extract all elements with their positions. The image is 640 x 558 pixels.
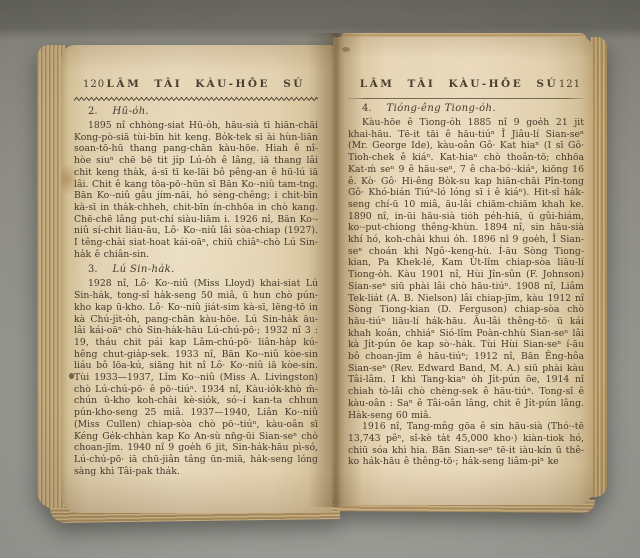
page-number: 121: [559, 79, 581, 90]
section-number: 2.: [88, 106, 98, 117]
header-rule: [348, 98, 584, 99]
running-title: LÂM TÂI KÀU-HŌE SÚ: [107, 78, 305, 90]
right-running-header: LÂM TÂI KÀU-HŌE SÚ 121: [348, 78, 584, 92]
left-page: 120 LÂM TÂI KÀU-HŌE SÚ 2.Hū-o̍h.1895 nî …: [61, 45, 333, 513]
left-page-text-column: 120 LÂM TÂI KÀU-HŌE SÚ 2.Hū-o̍h.1895 nî …: [74, 78, 318, 477]
fore-edge-page-stack: [591, 37, 607, 497]
paragraph: 1895 nî chhòng-siat Hū-o̍h, hāu-sià tī h…: [74, 120, 318, 260]
section-number: 4.: [362, 103, 372, 114]
open-book: 120 LÂM TÂI KÀU-HŌE SÚ 2.Hū-o̍h.1895 nî …: [37, 33, 607, 522]
section-title: Hū-o̍h.: [113, 106, 150, 117]
section-heading: 4.Tióng-êng Tiong-o̍h.: [348, 103, 584, 114]
page-number: 120: [83, 79, 105, 90]
running-title: LÂM TÂI KÀU-HŌE SÚ: [360, 78, 558, 90]
right-page-text-column: LÂM TÂI KÀU-HŌE SÚ 121 4.Tióng-êng Tiong…: [348, 78, 584, 468]
right-page-body: 4.Tióng-êng Tiong-o̍h.Kàu-hōe ê Tiong-o̍…: [348, 103, 584, 468]
left-page-body: 2.Hū-o̍h.1895 nî chhòng-siat Hū-o̍h, hāu…: [74, 106, 318, 477]
zigzag-rule: [74, 96, 318, 102]
section-heading: 3.Lú Sin-ha̍k.: [74, 264, 318, 275]
photo-backdrop: 120 LÂM TÂI KÀU-HŌE SÚ 2.Hū-o̍h.1895 nî …: [0, 0, 640, 558]
section-number: 3.: [88, 264, 98, 275]
paragraph: 1928 nî, Lô· Ko·-niû (Miss Lloyd) khai-s…: [74, 278, 318, 477]
paragraph: Kàu-hōe ê Tiong-o̍h 1885 nî 9 goe̍h 21 j…: [348, 117, 584, 421]
section-title: Tióng-êng Tiong-o̍h.: [387, 103, 496, 114]
section-heading: 2.Hū-o̍h.: [74, 106, 318, 117]
paragraph: 1916 nî, Tang-mn̂g gōa ê sin hāu-sià (Th…: [348, 421, 584, 468]
right-page: LÂM TÂI KÀU-HŌE SÚ 121 4.Tióng-êng Tiong…: [333, 37, 593, 505]
left-running-header: 120 LÂM TÂI KÀU-HŌE SÚ: [74, 78, 318, 92]
foxing-mark: [342, 47, 350, 52]
section-title: Lú Sin-ha̍k.: [113, 264, 175, 275]
